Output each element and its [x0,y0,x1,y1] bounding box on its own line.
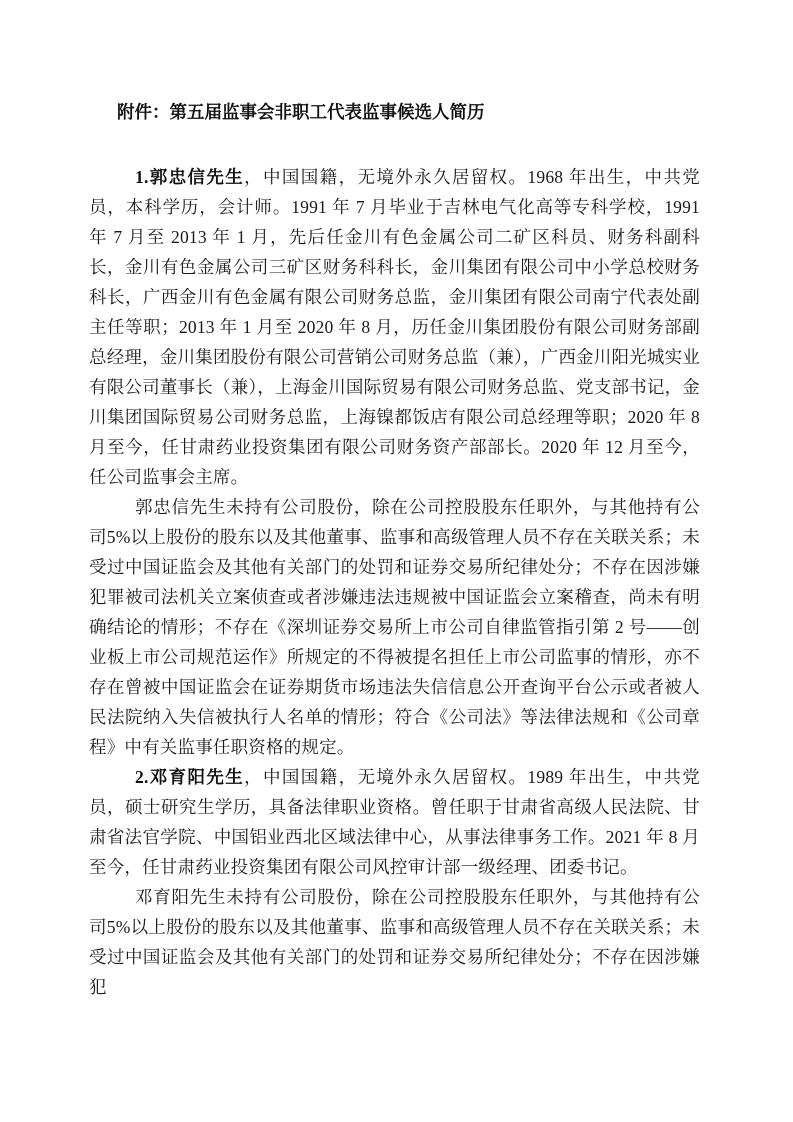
para-candidate-1-compliance: 郭忠信先生未持有公司股份，除在公司控股股东任职外，与其他持有公司5%以上股份的股… [89,492,700,762]
candidate-1-name-lead: 1.郭忠信先生 [135,167,244,187]
para-candidate-2-compliance: 邓育阳先生未持有公司股份，除在公司控股股东任职外，与其他持有公司5%以上股份的股… [89,882,700,1002]
para-candidate-2-bio: 2.邓育阳先生，中国国籍，无境外永久居留权。1989 年出生，中共党员，硕士研究… [89,762,700,882]
candidate-1-bio-text: ，中国国籍，无境外永久居留权。1968 年出生，中共党员，本科学历，会计师。19… [89,167,700,487]
candidate-2-compliance-text: 邓育阳先生未持有公司股份，除在公司控股股东任职外，与其他持有公司5%以上股份的股… [89,887,700,997]
para-candidate-1-bio: 1.郭忠信先生，中国国籍，无境外永久居留权。1968 年出生，中共党员，本科学历… [89,162,700,492]
candidate-2-name-lead: 2.邓育阳先生 [135,767,244,787]
document-title: 附件：第五届监事会非职工代表监事候选人简历 [89,97,700,127]
candidate-1-compliance-text: 郭忠信先生未持有公司股份，除在公司控股股东任职外，与其他持有公司5%以上股份的股… [89,497,700,757]
document-page: 附件：第五届监事会非职工代表监事候选人简历 1.郭忠信先生，中国国籍，无境外永久… [0,0,793,1122]
